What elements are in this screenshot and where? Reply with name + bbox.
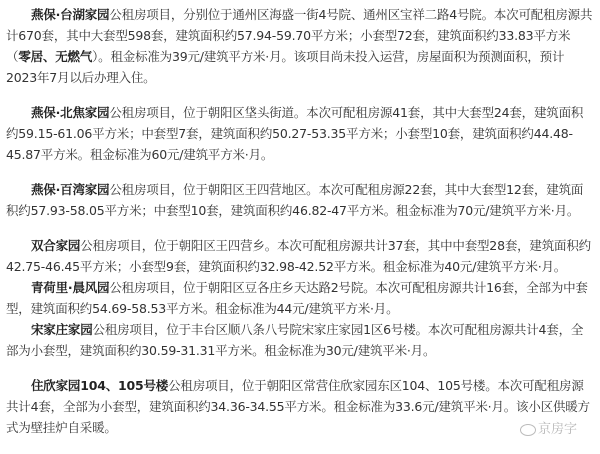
paragraph-songjiazhuang: 宋家庄家园公租房项目，位于丰台区顺八条八号院宋家庄家园1区6号楼。本次可配租房源…: [6, 319, 594, 361]
paragraph-zhuxin: 住欣家园104、105号楼公租房项目，位于朝阳区常营住欣家园东区104、105号…: [6, 375, 594, 438]
paragraph-qinghe-chenfeng: 青荷里·晨风园公租房项目，位于朝阳区豆各庄乡天达路2号院。本次可配租房源共计16…: [6, 277, 594, 319]
watermark-text: 京房字: [538, 422, 577, 437]
project-title: 宋家庄家园: [31, 322, 93, 337]
paragraph-shuanghe: 双合家园公租房项目，位于朝阳区王四营乡。本次可配租房源共计37套，其中中套型28…: [6, 235, 594, 277]
project-title: 燕保·北焦家园: [31, 105, 109, 120]
paragraph-yanbao-baiwan: 燕保·百湾家园公租房项目，位于朝阳区王四营地区。本次可配租房源22套，其中大套型…: [6, 179, 594, 221]
paragraph-yanbao-beijiao: 燕保·北焦家园公租房项目，位于朝阳区垡头街道。本次可配租房源41套，其中大套型2…: [6, 102, 594, 165]
wechat-icon: [520, 424, 536, 436]
project-title: 青荷里·晨风园: [31, 280, 109, 295]
project-title: 住欣家园104、105号楼: [31, 378, 168, 393]
project-desc: 公租房项目，位于丰台区顺八条八号院宋家庄家园1区6号楼。本次可配租房源共计4套，…: [6, 322, 583, 358]
project-title: 燕保·台湖家园: [31, 7, 109, 22]
project-title: 双合家园: [31, 238, 80, 253]
paragraph-yanbao-taihu: 燕保·台湖家园公租房项目，分别位于通州区海盛一街4号院、通州区宝祥二路4号院。本…: [6, 4, 594, 88]
watermark: 京房字: [520, 418, 577, 437]
emphasis: 零居、无燃气: [18, 49, 92, 64]
project-desc: 公租房项目，位于朝阳区王四营乡。本次可配租房源共计37套，其中中套型28套，建筑…: [6, 238, 591, 274]
project-title: 燕保·百湾家园: [31, 182, 109, 197]
article-body: 燕保·台湖家园公租房项目，分别位于通州区海盛一街4号院、通州区宝祥二路4号院。本…: [0, 0, 600, 438]
